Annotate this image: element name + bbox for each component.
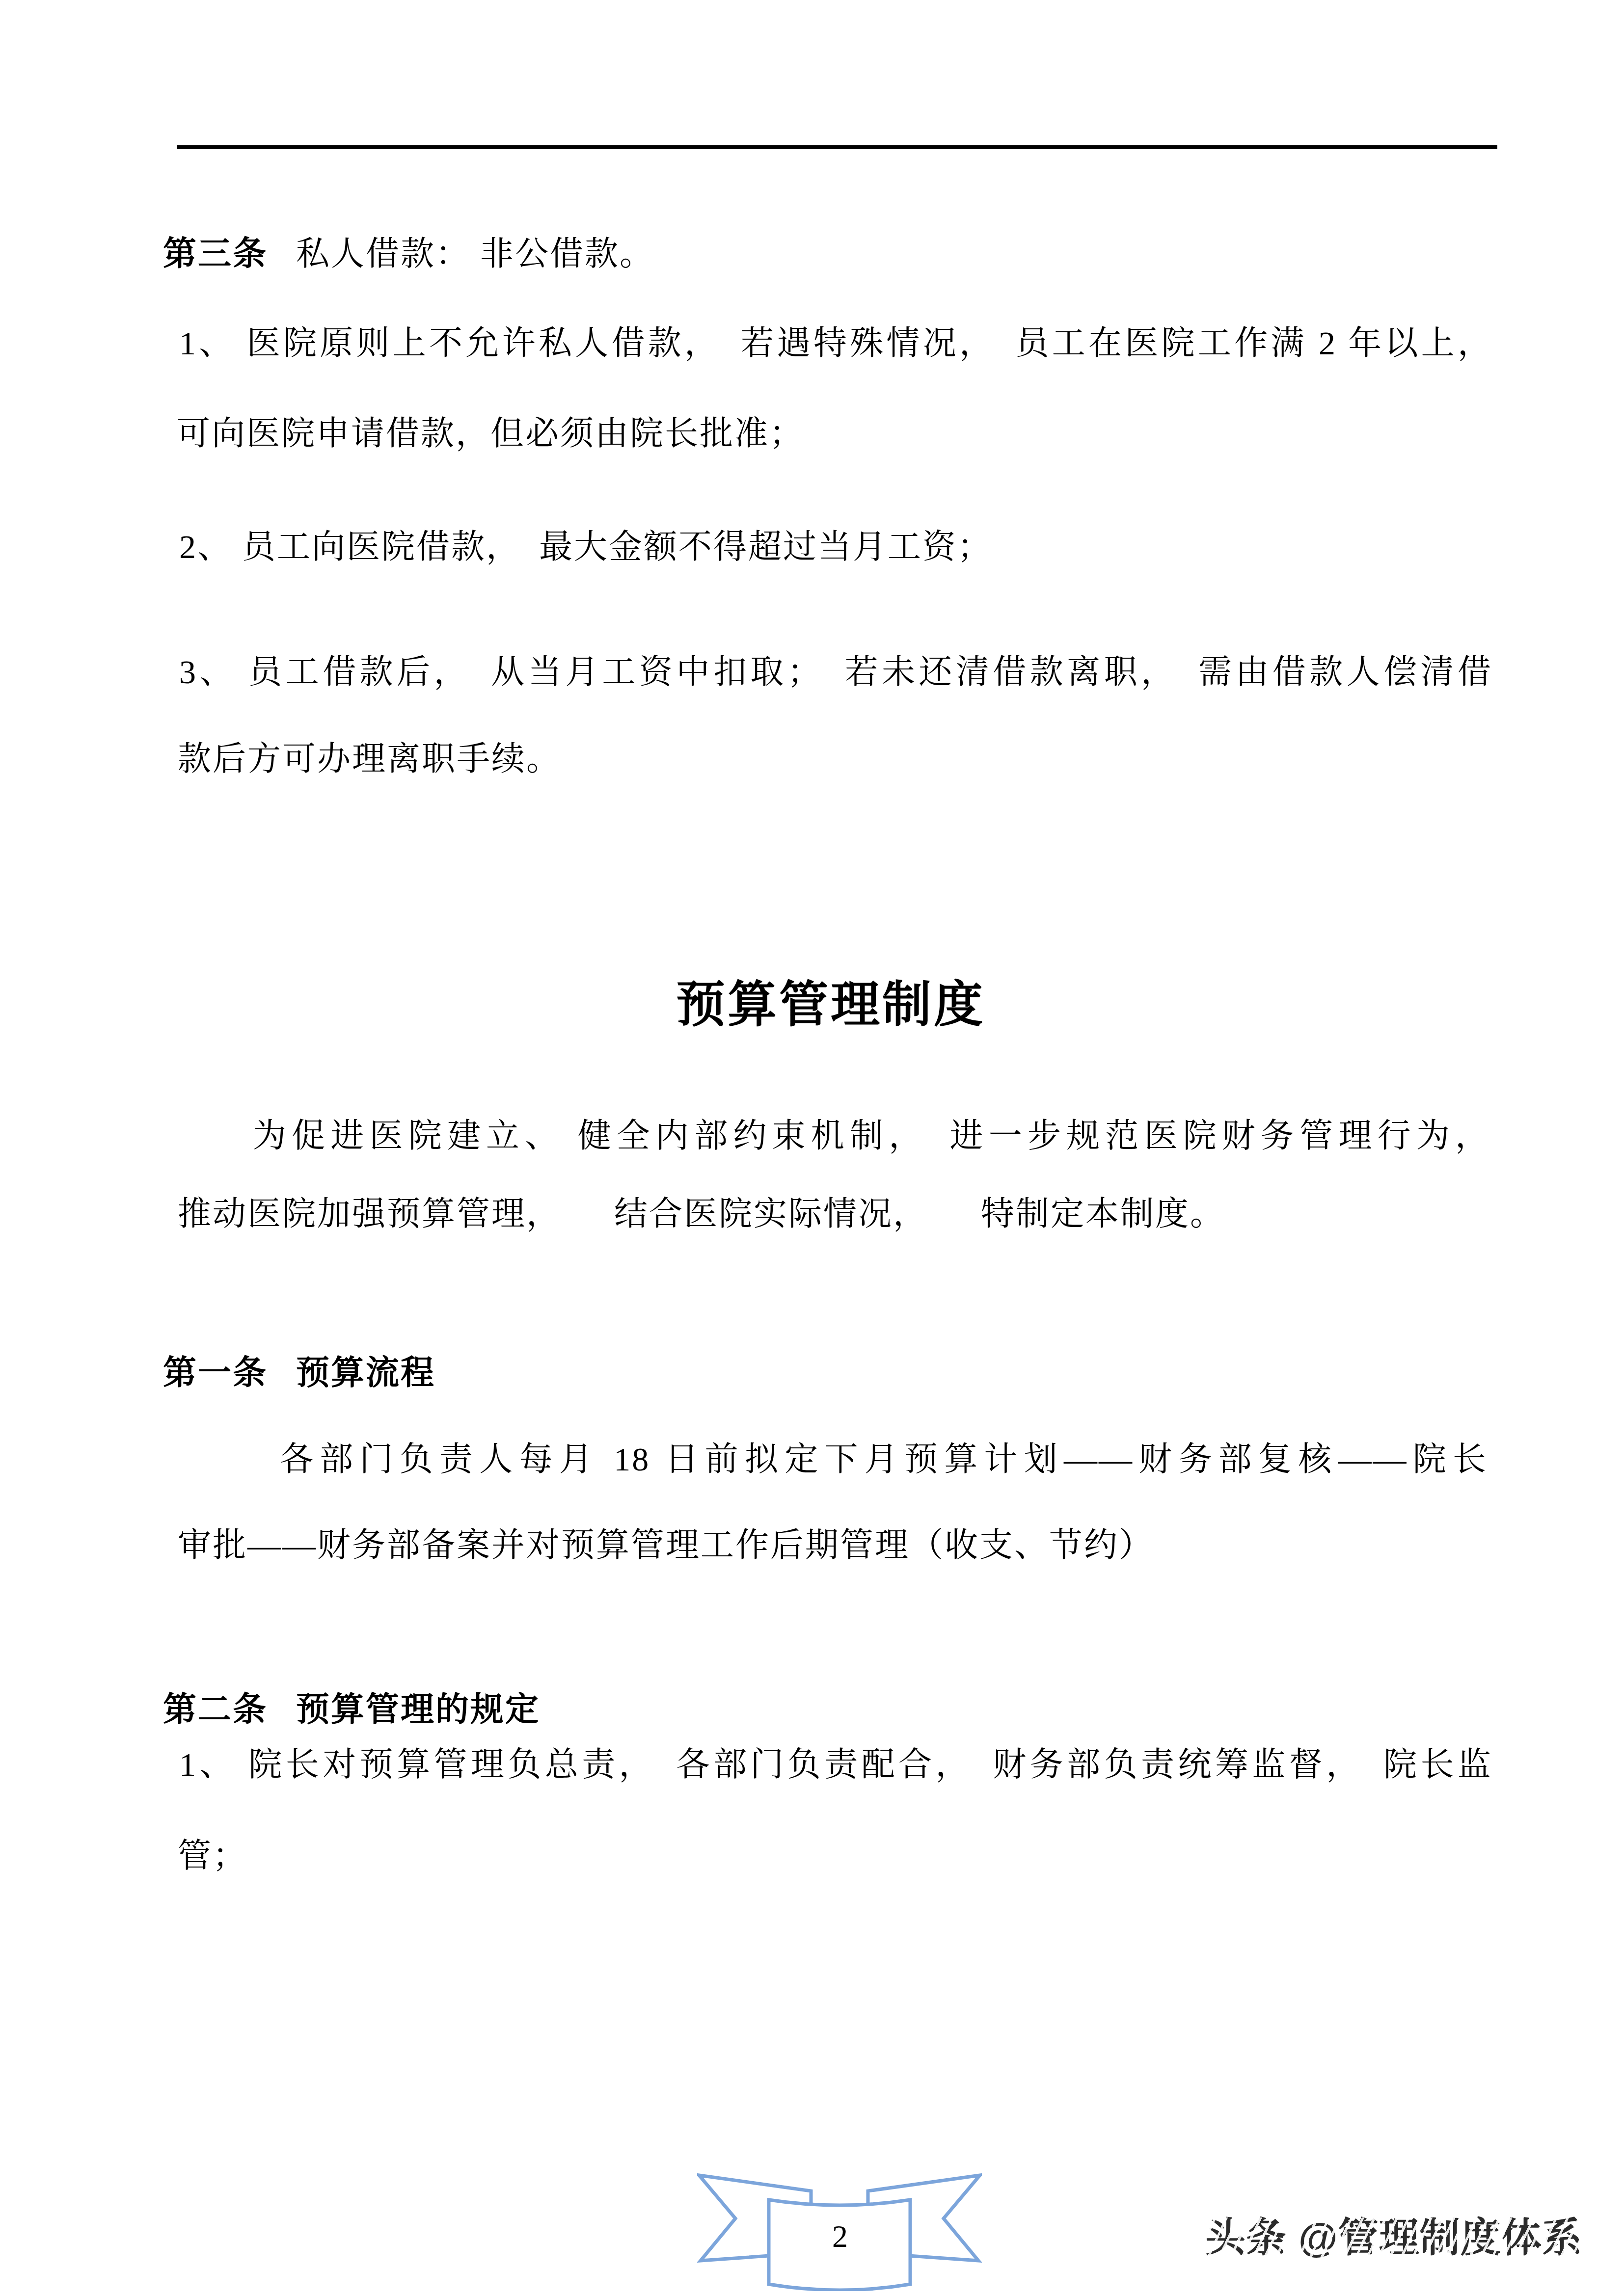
article-3-number: 第三条 — [163, 235, 268, 272]
header-rule — [177, 145, 1497, 149]
article-2-title: 预算管理的规定 — [296, 1691, 540, 1728]
article-1-title: 预算流程 — [296, 1354, 435, 1391]
regulation-line-1: 1、 院长对预算管理负总责， 各部门负责配合， 财务部负责统筹监督， 院长监 — [179, 1746, 1492, 1783]
article-3-title: 私人借款： 非公借款。 — [296, 235, 654, 272]
paragraph-1-line-1: 1、 医院原则上不允许私人借款， 若遇特殊情况， 员工在医院工作满 2 年以上， — [179, 325, 1492, 361]
article-1-heading: 第一条预算流程 — [124, 1318, 435, 1427]
article-2-number: 第二条 — [163, 1691, 268, 1728]
paragraph-1-line-2: 可向医院申请借款，但必须由院长批准； — [177, 415, 804, 452]
paragraph-3-line-1: 3、 员工借款后， 从当月工资中扣取； 若未还清借款离职， 需由借款人偿清借 — [179, 654, 1492, 690]
intro-line-1: 为促进医院建立、 健全内部约束机制， 进一步规范医院财务管理行为， — [253, 1118, 1490, 1154]
paragraph-2-line-1: 2、 员工向医院借款， 最大金额不得超过当月工资； — [179, 529, 992, 565]
intro-line-2: 推动医院加强预算管理， 结合医院实际情况， 特制定本制度。 — [178, 1196, 1225, 1232]
article-1-number: 第一条 — [163, 1354, 268, 1391]
section-title: 预算管理制度 — [178, 978, 1484, 1033]
document-page: 第三条私人借款： 非公借款。 1、 医院原则上不允许私人借款， 若遇特殊情况， … — [0, 0, 1624, 2296]
watermark: 头条 @管理制度体系 — [1205, 2215, 1583, 2262]
regulation-line-2: 管； — [178, 1838, 247, 1874]
paragraph-3-line-2: 款后方可办理离职手续。 — [178, 741, 561, 777]
flow-line-1: 各部门负责人每月 18 日前拟定下月预算计划——财务部复核——院长 — [280, 1441, 1488, 1477]
page-number: 2 — [769, 2218, 911, 2255]
flow-line-2: 审批——财务部备案并对预算管理工作后期管理（收支、节约） — [178, 1527, 1154, 1563]
article-3-heading: 第三条私人借款： 非公借款。 — [124, 199, 654, 308]
